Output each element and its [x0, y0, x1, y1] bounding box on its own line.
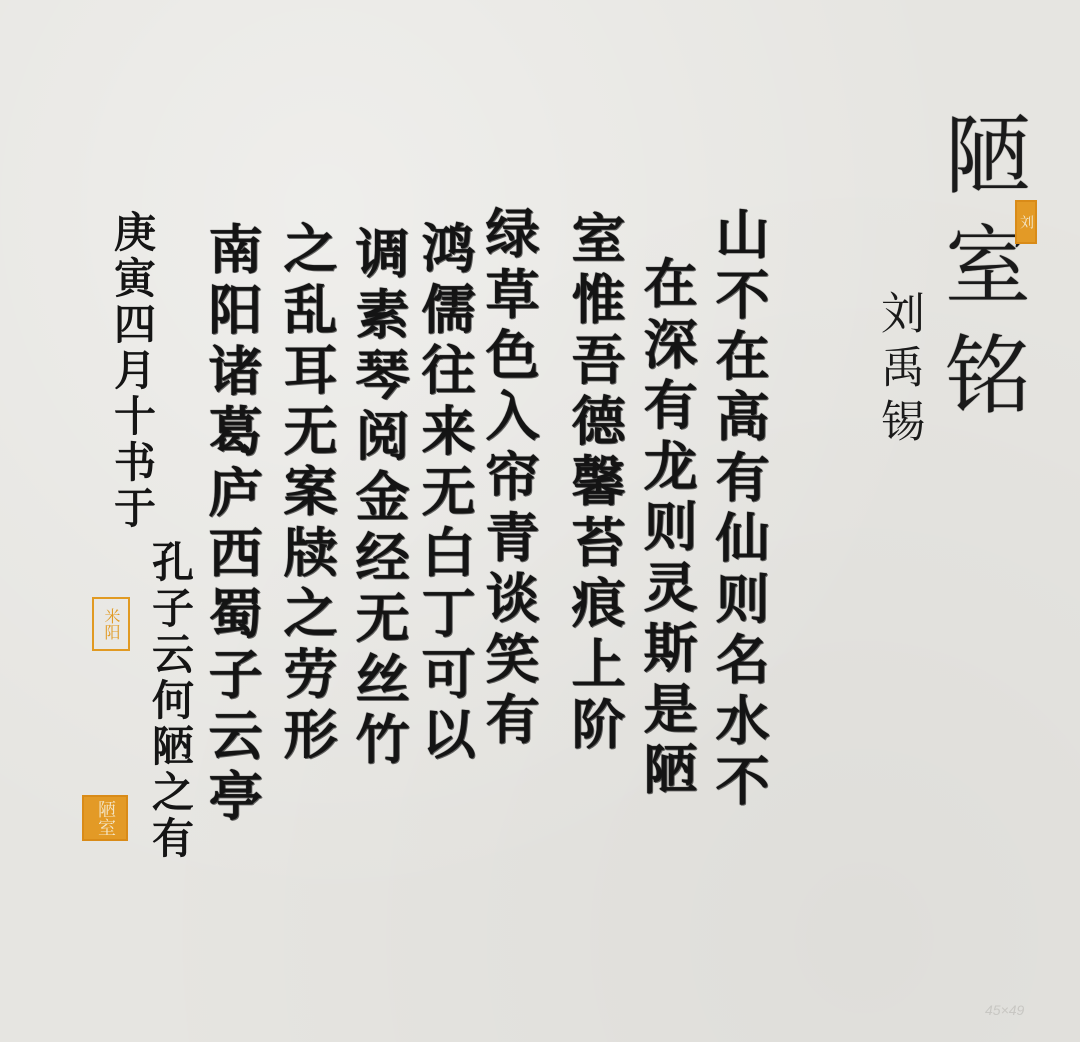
- text-column-8: 南阳诸葛庐西蜀子云亭: [205, 221, 259, 829]
- name-seal: 陋室: [82, 795, 128, 841]
- inscription-column-1: 孔子云何陋之有: [140, 540, 200, 862]
- text-column-1: 山不在高有仙则名水不: [712, 206, 766, 814]
- text-column-5: 鸿儒往来无白丁可以: [418, 221, 472, 768]
- text-column-6: 调素琴阅金经无丝竹: [352, 226, 406, 773]
- inscription-column-2: 庚寅四月十书于: [102, 210, 162, 532]
- text-column-7: 之乱耳无案牍之劳形: [280, 221, 334, 768]
- text-column-3: 室惟吾德馨苔痕上阶: [568, 211, 622, 758]
- name-seal-text: 陋室: [96, 800, 114, 836]
- text-column-4: 绿草色入帘青谈笑有: [482, 206, 536, 753]
- author-name: 刘禹锡: [866, 290, 930, 452]
- pencil-size-note: 45×49: [985, 1002, 1024, 1018]
- title-seal-text: 刘: [1019, 215, 1033, 229]
- text-column-2: 在深有龙则灵斯是陋: [640, 256, 694, 803]
- artwork-title: 陋室铭: [918, 110, 1042, 440]
- collector-seal-text: 米阳: [103, 608, 119, 640]
- collector-seal: 米阳: [92, 597, 130, 651]
- title-seal: 刘: [1015, 200, 1037, 244]
